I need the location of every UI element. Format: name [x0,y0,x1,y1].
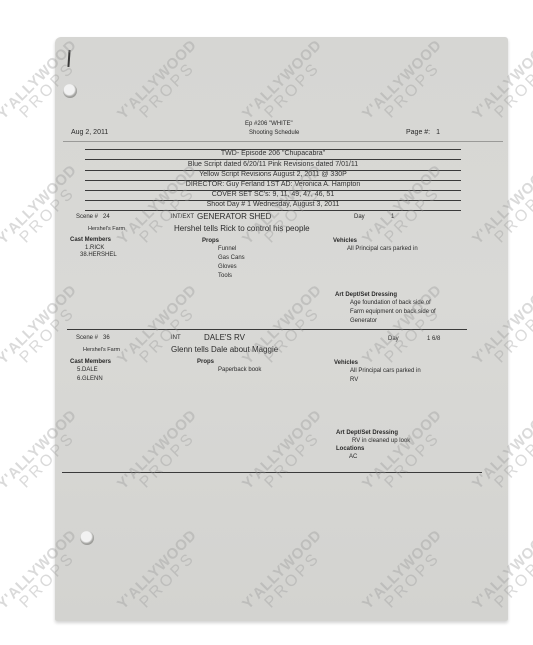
art-dept-heading: Art Dept/Set Dressing [336,430,398,436]
int-ext: INT [171,335,181,341]
props-heading: Props [197,359,214,365]
scene-label: Scene # [76,335,98,341]
day-label: Day [388,336,399,342]
staple [67,50,70,67]
scene-description: Hershel tells Rick to control his people [174,224,310,233]
scene-divider [62,472,482,473]
schedule-date: Aug 2, 2011 [71,129,108,136]
location: Hershel's Farm [83,347,120,353]
vehicles-heading: Vehicles [333,238,357,244]
episode-label: Ep #206 "WHITE" [245,121,293,127]
props-list: Paperback book [218,366,261,375]
day-label: Day [354,214,365,220]
scene-label: Scene # [76,214,98,220]
vehicle-item: All Principal cars parked in [350,367,421,376]
cast-list: 5.DALE 6.GLENN [77,366,103,384]
header-band-director: DIRECTOR: Guy Ferland 1ST AD: Veronica A… [85,181,461,188]
int-ext: INT/EXT [171,214,194,220]
cast-member: 6.GLENN [77,375,103,384]
cast-member: 38.HERSHEL [80,251,117,260]
locations-heading: Locations [336,446,364,452]
document-type: Shooting Schedule [249,130,299,136]
art-dept-heading: Art Dept/Set Dressing [335,292,397,298]
cast-heading: Cast Members [70,359,111,365]
set-name: DALE'S RV [204,333,245,342]
day-value: 1 6/8 [427,336,440,342]
divider [85,210,461,211]
scene-number: 36 [103,335,110,341]
prop-item: Tools [218,272,245,281]
scene-divider [67,329,467,330]
vehicle-item: RV [350,376,421,385]
prop-item: Gas Cans [218,254,245,263]
props-heading: Props [202,238,219,244]
header-band-revisions: Yellow Script Revisions August 2, 2011 @… [85,171,461,178]
vehicles-heading: Vehicles [334,360,358,366]
prop-item: Gloves [218,263,245,272]
punch-hole [80,531,94,545]
page-value: 1 [436,129,440,136]
scene-number: 24 [103,214,110,220]
vehicle-item: All Principal cars parked in [347,245,418,254]
divider [63,141,503,142]
props-list: Funnel Gas Cans Gloves Tools [218,245,245,281]
header-band-title: TWD- Episode 206 "Chupacabra" [85,150,461,157]
location-item: AC [349,453,357,462]
prop-item: Paperback book [218,366,261,375]
page-label: Page #: [406,129,430,136]
punch-hole [63,84,77,98]
vehicles-list: All Principal cars parked in [347,245,418,254]
location: Hershel's Farm [88,226,125,232]
cast-member: 5.DALE [77,366,103,375]
cast-heading: Cast Members [70,237,111,243]
header-band-cover-set: COVER SET SC's: 9, 11, 49, 47, 46, 51 [85,191,461,198]
prop-item: Funnel [218,245,245,254]
art-dept-item: RV in cleaned up look [352,437,410,446]
art-dept-item: Age foundation of back side of [350,299,436,308]
locations-list: AC [349,453,357,462]
set-name: GENERATOR SHED [197,212,271,221]
scene-description: Glenn tells Dale about Maggie [171,345,278,354]
art-dept-list: RV in cleaned up look [352,437,410,446]
day-value: 1 [391,214,394,220]
header-band-script-dates: Blue Script dated 6/20/11 Pink Revisions… [85,161,461,168]
art-dept-item: Generator [350,317,436,326]
header-band-shoot-day: Shoot Day # 1 Wednesday, August 3, 2011 [85,201,461,208]
shooting-schedule-page: Ep #206 "WHITE" Aug 2, 2011 Shooting Sch… [55,37,508,621]
page-number: Page #: 1 [406,129,440,136]
vehicles-list: All Principal cars parked in RV [350,367,421,385]
art-dept-item: Farm equipment on back side of [350,308,436,317]
art-dept-list: Age foundation of back side of Farm equi… [350,299,436,326]
cast-list: 1.RICK 38.HERSHEL [80,244,117,260]
